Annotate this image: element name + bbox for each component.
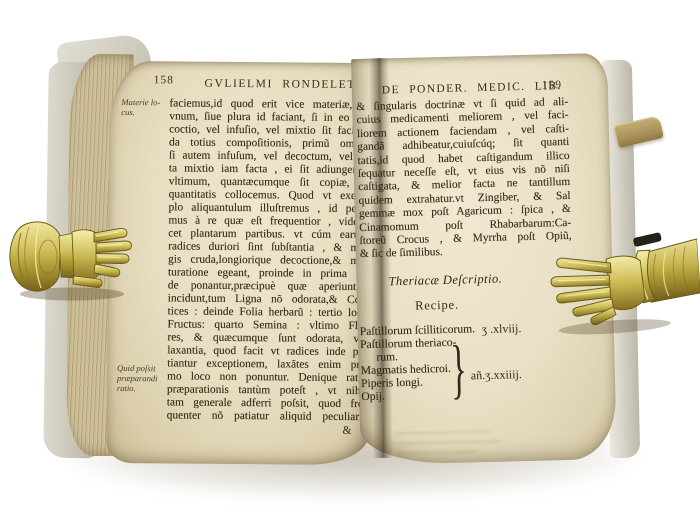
margin-note-line: ratio. [117, 383, 158, 393]
running-header-right: DE PONDER. MEDIC. LIB. [382, 80, 562, 96]
left-body-text: faciemus,id quod erit vice materiæ,ſiue … [167, 97, 370, 424]
book-photo: 158 GVLIELMI RONDELETII Materie lo- cus.… [0, 0, 700, 525]
recipe-brace: } [450, 340, 467, 398]
margin-note-line: cus. [121, 107, 160, 117]
hand-icon [8, 216, 132, 302]
margin-note-materiae: Materie lo- cus. [121, 97, 160, 117]
margin-note-line: Materie lo- [121, 97, 160, 107]
left-page: 158 GVLIELMI RONDELETII Materie lo- cus.… [106, 61, 371, 465]
section-heading-theriacae: Theriacæ Deſcriptio. [388, 272, 502, 290]
margin-note-quid-possit: Quid poſsit præparandi ratio. [117, 363, 158, 393]
brass-hand-clasp-left [8, 216, 132, 302]
show-through-smudge [390, 440, 500, 446]
recipe-heading: Recipe. [415, 298, 459, 314]
body-text-line: quenter nõ patiatur aliquid peculiaris [167, 409, 367, 424]
margin-note-line: præparandi [117, 373, 158, 383]
gutter-shadow [369, 58, 393, 458]
page-number-right: 159 [542, 79, 563, 91]
brass-hand-clasp-right [547, 229, 700, 343]
show-through-smudge [397, 450, 477, 455]
recipe-quantity-first: ʒ .xlviij. [482, 321, 522, 337]
hand-icon [547, 229, 700, 343]
page-number-left: 158 [154, 74, 174, 86]
catchword: & [342, 425, 351, 437]
margin-note-line: Quid poſsit [117, 363, 158, 373]
show-through-smudge [394, 430, 490, 435]
running-header-left: GVLIELMI RONDELETII [205, 78, 367, 91]
recipe-quantity-grouped: añ.ʒ.xxiiij. [471, 367, 522, 383]
